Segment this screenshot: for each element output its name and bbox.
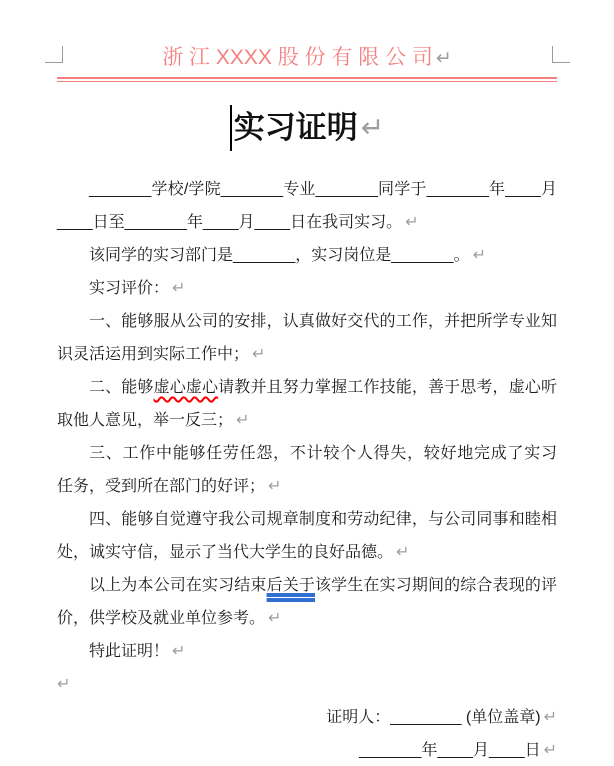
title-text: 实习证明 <box>234 103 358 153</box>
spellcheck-flagged-text[interactable]: 虚心虚心 <box>154 379 219 396</box>
paragraph-mark: ↵ <box>544 742 557 759</box>
paragraph-school-blanks[interactable]: _______学校/学院_______专业_______同学于_______年_… <box>57 173 557 239</box>
paragraph-mark: ↵ <box>268 610 281 627</box>
document-body[interactable]: _______学校/学院_______专业_______同学于_______年_… <box>57 173 557 766</box>
paragraph-text: _______学校/学院_______专业_______同学于_______年_… <box>57 181 557 231</box>
paragraph-mark: ↵ <box>473 247 486 264</box>
signature-date-line[interactable]: _______年____月____日↵ <box>57 734 557 766</box>
paragraph-summary[interactable]: 以上为本公司在实习结束后关于该学生在实习期间的综合表现的评价，供学校及就业单位参… <box>57 569 557 635</box>
paragraph-point-1[interactable]: 一、能够服从公司的安排，认真做好交代的工作，并把所学专业知识灵活运用到实际工作中… <box>57 305 557 371</box>
paragraph-mark: ↵ <box>436 48 452 69</box>
paragraph-text: 四、能够自觉遵守我公司规章制度和劳动纪律，与公司同事和睦相处，诚实守信，显示了当… <box>57 511 557 561</box>
paragraph-text: _______年____月____日 <box>359 742 540 759</box>
paragraph-department-blanks[interactable]: 该同学的实习部门是_______，实习岗位是_______。↵ <box>57 239 557 272</box>
paragraph-text: 三、工作中能够任劳任怨，不计较个人得失，较好地完成了实习 任务，受到所在部门的好… <box>57 445 557 495</box>
margin-crop-mark-top-left <box>45 46 63 63</box>
paragraph-text: 二、能够 <box>89 379 154 396</box>
paragraph-mark: ↵ <box>405 214 418 231</box>
header-company-name: 浙 江 XXXX 股 份 有 限 公 司↵ <box>57 45 557 72</box>
document-title[interactable]: 实习证明 ↵ <box>0 103 614 153</box>
paragraph-mark: ↵ <box>361 103 384 153</box>
paragraph-text: 实习评价： <box>89 280 169 297</box>
paragraph-mark: ↵ <box>172 643 185 660</box>
word-document-page[interactable]: 浙 江 XXXX 股 份 有 限 公 司↵ 实习证明 ↵ _______学校/学… <box>0 0 614 766</box>
header-company-text: 浙 江 XXXX 股 份 有 限 公 司 <box>162 46 433 69</box>
text-cursor <box>230 105 232 151</box>
paragraph-text: 以上为本公司在实习结束 <box>89 577 267 594</box>
paragraph-text: 一、能够服从公司的安排，认真做好交代的工作，并把所学专业知识灵活运用到实际工作中… <box>57 313 557 363</box>
paragraph-point-3[interactable]: 三、工作中能够任劳任怨，不计较个人得失，较好地完成了实习 任务，受到所在部门的好… <box>57 437 557 503</box>
grammar-flagged-text[interactable]: 后关于 <box>267 577 315 594</box>
margin-crop-mark-top-right <box>552 46 570 63</box>
paragraph-evaluation-heading[interactable]: 实习评价：↵ <box>57 272 557 305</box>
paragraph-point-2[interactable]: 二、能够虚心虚心请教并且努力掌握工作技能，善于思考，虚心听取他人意见，举一反三；… <box>57 371 557 437</box>
paragraph-point-4[interactable]: 四、能够自觉遵守我公司规章制度和劳动纪律，与公司同事和睦相处，诚实守信，显示了当… <box>57 503 557 569</box>
paragraph-mark: ↵ <box>57 676 70 693</box>
paragraph-empty[interactable]: ↵ <box>57 668 557 701</box>
paragraph-text: 特此证明！ <box>89 643 169 660</box>
paragraph-mark: ↵ <box>396 544 409 561</box>
paragraph-hereby-certify[interactable]: 特此证明！↵ <box>57 635 557 668</box>
paragraph-text: 证明人：________ (单位盖章) <box>326 709 540 726</box>
header-double-divider <box>57 77 557 82</box>
paragraph-mark: ↵ <box>236 412 249 429</box>
signature-certifier-line[interactable]: 证明人：________ (单位盖章)↵ <box>57 701 557 734</box>
paragraph-mark: ↵ <box>544 709 557 726</box>
paragraph-mark: ↵ <box>252 346 265 363</box>
paragraph-text: 该同学的实习部门是_______，实习岗位是_______。 <box>89 247 470 264</box>
paragraph-mark: ↵ <box>172 280 185 297</box>
paragraph-mark: ↵ <box>268 478 281 495</box>
